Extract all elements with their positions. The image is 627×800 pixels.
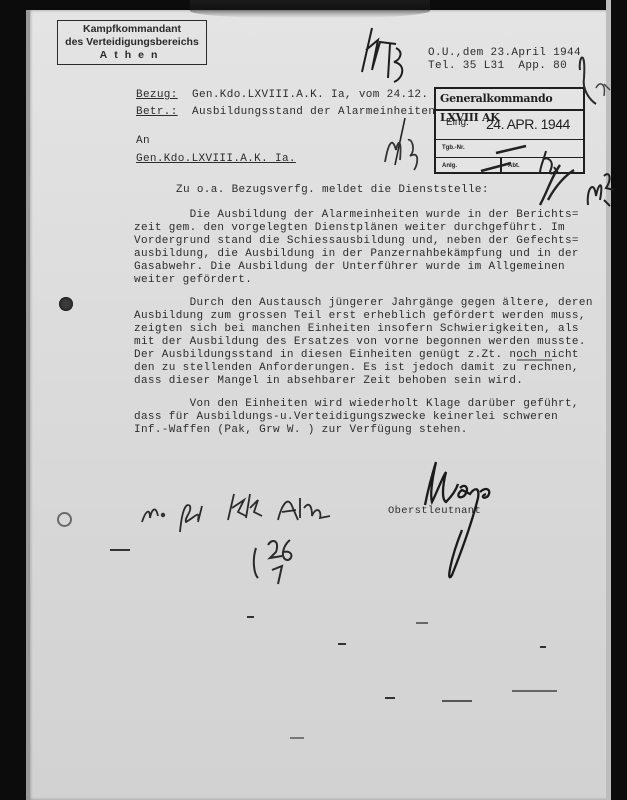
- pen-stroke: [596, 84, 610, 96]
- speck: [442, 700, 472, 702]
- pen-stroke: [580, 57, 596, 104]
- speck: [290, 737, 304, 739]
- punch-hole: [59, 297, 73, 311]
- margin-date: [254, 540, 292, 584]
- signature-mark: [425, 462, 489, 577]
- speck: [338, 643, 346, 645]
- speck: [512, 690, 557, 692]
- punch-hole: [57, 512, 72, 527]
- speck: [247, 616, 254, 618]
- side-date-mark: [588, 174, 614, 206]
- speck: [416, 622, 428, 624]
- handwriting-layer: [0, 0, 627, 800]
- ktb-initials: [362, 28, 402, 82]
- pen-stroke: [540, 165, 574, 205]
- speck: [110, 549, 130, 551]
- speck: [385, 697, 395, 699]
- speck: [540, 646, 546, 648]
- margin-note: [142, 494, 330, 532]
- pen-stroke: [385, 140, 417, 170]
